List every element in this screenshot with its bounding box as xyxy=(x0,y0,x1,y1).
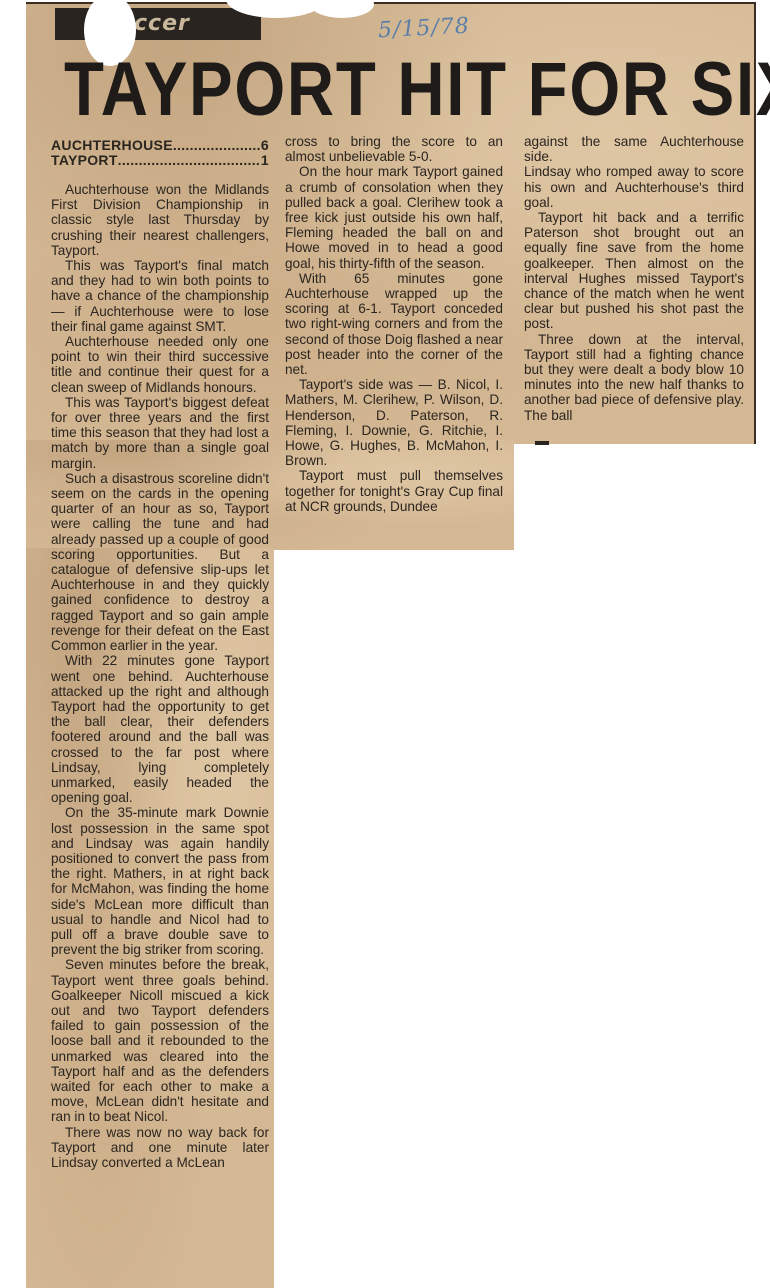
score-row: TAYPORT 1 xyxy=(51,153,269,168)
article-column-3: against the same Auchterhouse side. Lind… xyxy=(524,134,744,423)
paragraph: Tayport's side was — B. Nicol, I. Mather… xyxy=(285,377,503,468)
paragraph: cross to bring the score to an almost un… xyxy=(285,134,503,164)
scoreline: AUCHTERHOUSE 6 TAYPORT 1 xyxy=(51,138,269,168)
paragraph: Auchterhouse won the Midlands First Divi… xyxy=(51,182,269,258)
headline: TAYPORT HIT FOR SIX xyxy=(64,50,649,130)
paragraph: This was Tayport's biggest defeat for ov… xyxy=(51,395,269,471)
paragraph: With 65 minutes gone Auchterhouse wrappe… xyxy=(285,271,503,377)
team-name: TAYPORT xyxy=(51,153,118,168)
paragraph: On the hour mark Tayport gained a crumb … xyxy=(285,164,503,270)
team-name: AUCHTERHOUSE xyxy=(51,138,173,153)
paragraph: Such a disastrous scoreline didn't seem … xyxy=(51,471,269,653)
leader-dots xyxy=(173,138,261,153)
paragraph: Lindsay who romped away to score his own… xyxy=(524,164,744,210)
paragraph: With 22 minutes gone Tayport went one be… xyxy=(51,653,269,805)
paragraph: Three down at the interval, Tayport stil… xyxy=(524,332,744,423)
team-score: 1 xyxy=(261,153,269,168)
team-score: 6 xyxy=(261,138,269,153)
score-row: AUCHTERHOUSE 6 xyxy=(51,138,269,153)
paragraph: against the same Auchterhouse side. xyxy=(524,134,744,164)
paragraph: There was now no way back for Tayport an… xyxy=(51,1125,269,1171)
column-end-marks xyxy=(535,441,549,445)
paragraph: Auchterhouse needed only one point to wi… xyxy=(51,334,269,395)
paragraph: On the 35-minute mark Downie lost posses… xyxy=(51,805,269,957)
paragraph: Tayport must pull themselves together fo… xyxy=(285,468,503,514)
article-column-2: cross to bring the score to an almost un… xyxy=(285,134,503,514)
section-label: ccer xyxy=(134,11,190,36)
paragraph: Seven minutes before the break, Tayport … xyxy=(51,957,269,1124)
handwritten-date: 5/15/78 xyxy=(377,14,470,44)
paragraph: This was Tayport's final match and they … xyxy=(51,258,269,334)
paragraph: Tayport hit back and a terrific Paterson… xyxy=(524,210,744,332)
article-column-1: AUCHTERHOUSE 6 TAYPORT 1 Auchterhouse wo… xyxy=(51,138,269,1170)
leader-dots xyxy=(118,153,261,168)
